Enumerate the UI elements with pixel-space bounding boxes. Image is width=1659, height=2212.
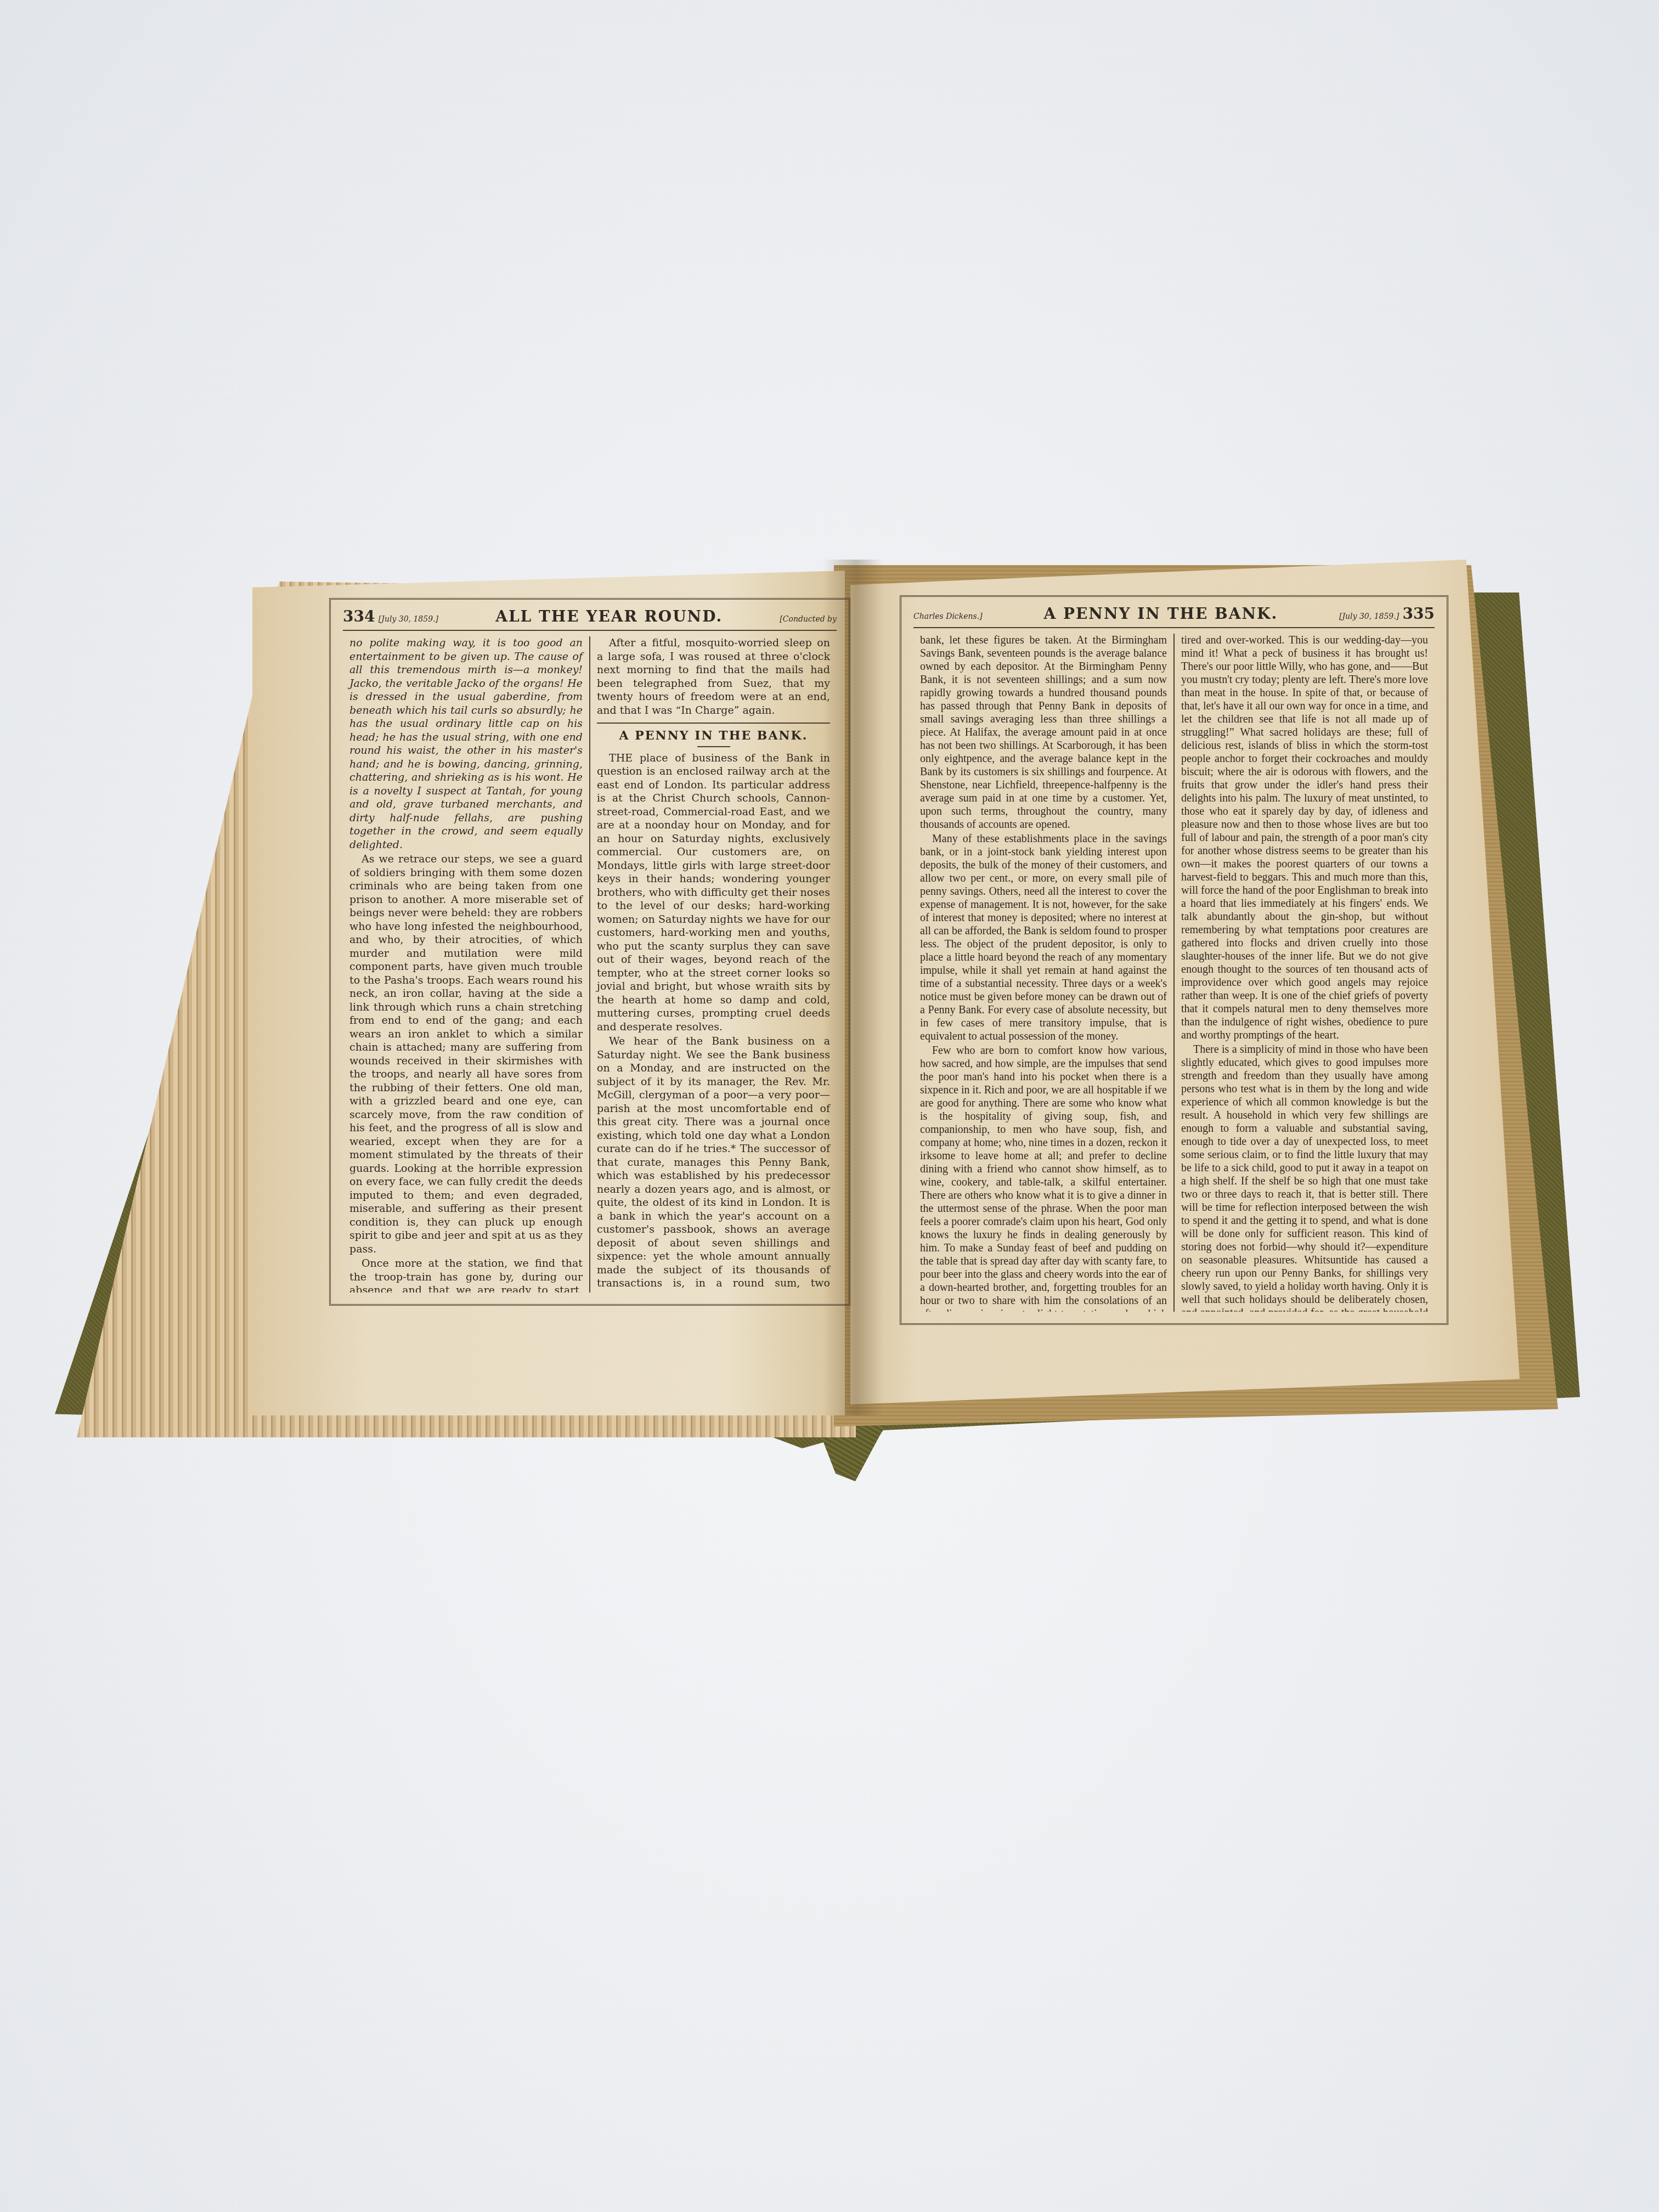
paragraph: Many of these establishments place in th… (920, 832, 1167, 1043)
right-page-number: 335 (1403, 605, 1435, 623)
left-page-frame: 334 [July 30, 1859.] ALL THE YEAR ROUND.… (329, 598, 850, 1306)
article-title: A PENNY IN THE BANK. (597, 723, 830, 743)
right-running-left: Charles Dickens.] (913, 612, 983, 621)
paragraph: bank, let these figures be taken. At the… (920, 634, 1167, 831)
paragraph: THE place of business of the Bank in que… (597, 752, 830, 1034)
left-running-head: 334 [July 30, 1859.] ALL THE YEAR ROUND.… (343, 607, 837, 631)
right-column-2: tired and over-worked. This is our weddi… (1173, 634, 1435, 1312)
paragraph: no polite making way, it is too good an … (349, 636, 583, 851)
paragraph: There is a simplicity of mind in those w… (1181, 1043, 1428, 1312)
paragraph: We hear of the Bank business on a Saturd… (597, 1035, 830, 1293)
right-page-date: [July 30, 1859.] (1339, 612, 1399, 621)
right-page-frame: Charles Dickens.] A PENNY IN THE BANK. [… (900, 595, 1448, 1325)
left-column-1: no polite making way, it is too good an … (343, 636, 589, 1293)
right-running-title: A PENNY IN THE BANK. (1043, 605, 1278, 623)
left-running-title: ALL THE YEAR ROUND. (495, 607, 723, 625)
photo-scene: 334 [July 30, 1859.] ALL THE YEAR ROUND.… (0, 0, 1659, 2212)
left-running-right: [Conducted by (780, 615, 837, 624)
right-running-head: Charles Dickens.] A PENNY IN THE BANK. [… (913, 605, 1435, 628)
intro-paragraph: After a fitful, mosquito-worried sleep o… (597, 636, 830, 717)
left-page-number: 334 (343, 607, 375, 625)
paragraph: tired and over-worked. This is our weddi… (1181, 634, 1428, 1042)
right-column-1: bank, let these figures be taken. At the… (913, 634, 1173, 1312)
paragraph: As we retrace our steps, we see a guard … (349, 853, 583, 1256)
left-column-2: After a fitful, mosquito-worried sleep o… (589, 636, 837, 1293)
title-rule (697, 746, 730, 747)
left-page-date: [July 30, 1859.] (379, 615, 438, 624)
paragraph: Few who are born to comfort know how var… (920, 1044, 1167, 1312)
paragraph: Once more at the station, we find that t… (349, 1257, 583, 1293)
